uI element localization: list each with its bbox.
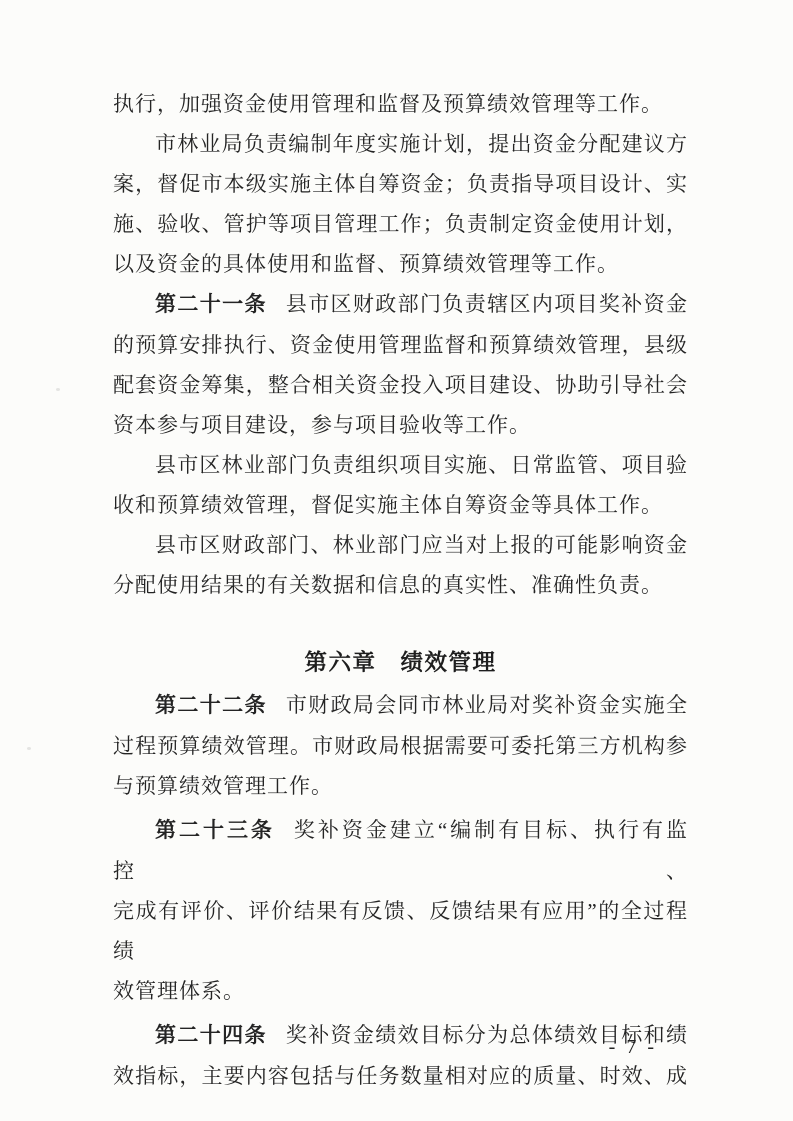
article-22-number: 第二十二条	[155, 694, 267, 717]
body-line: 效管理体系。	[113, 971, 688, 1011]
body-line: 市林业局负责编制年度实施计划，提出资金分配建议方	[113, 124, 688, 164]
body-line: 县市区财政部门、林业部门应当对上报的可能影响资金	[113, 525, 688, 565]
article-23-first-line: 第二十三条奖补资金建立“编制有目标、执行有监控、	[113, 810, 688, 891]
body-line: 县市区林业部门负责组织项目实施、日常监管、项目验	[113, 445, 688, 485]
page-number: - 7 -	[609, 1034, 657, 1060]
body-line: 执行，加强资金使用管理和监督及预算绩效管理等工作。	[113, 84, 688, 124]
article-24-first-line: 第二十四条奖补资金绩效目标分为总体绩效目标和绩	[113, 1015, 688, 1056]
body-line: 过程预算绩效管理。市财政局根据需要可委托第三方机构参	[113, 726, 688, 766]
body-line: 县市区财政部门负责辖区内项目奖补资金	[286, 292, 688, 316]
chapter-heading: 第六章 绩效管理	[113, 643, 688, 683]
body-line: 完成有评价、评价结果有反馈、反馈结果有应用”的全过程绩	[113, 891, 688, 971]
body-line: 分配使用结果的有关数据和信息的真实性、准确性负责。	[113, 565, 688, 605]
body-line: 效指标，主要内容包括与任务数量相对应的质量、时效、成	[113, 1056, 688, 1096]
article-22-first-line: 第二十二条市财政局会同市林业局对奖补资金实施全	[113, 685, 688, 726]
scan-artifact	[27, 747, 31, 750]
body-line: 市财政局会同市林业局对奖补资金实施全	[286, 693, 688, 717]
body-line: 案，督促市本级实施主体自筹资金；负责指导项目设计、实	[113, 164, 688, 204]
article-23-number: 第二十三条	[155, 819, 275, 842]
article-21-number: 第二十一条	[155, 293, 267, 316]
body-line: 施、验收、管护等项目管理工作；负责制定资金使用计划，	[113, 204, 688, 244]
body-line: 以及资金的具体使用和监督、预算绩效管理等工作。	[113, 244, 688, 284]
body-line: 的预算安排执行、资金使用管理监督和预算绩效管理，县级	[113, 325, 688, 365]
scan-artifact	[56, 388, 60, 391]
body-line: 资本参与项目建设，参与项目验收等工作。	[113, 405, 688, 445]
article-21-first-line: 第二十一条县市区财政部门负责辖区内项目奖补资金	[113, 284, 688, 325]
article-24-number: 第二十四条	[155, 1024, 267, 1047]
document-page: 执行，加强资金使用管理和监督及预算绩效管理等工作。 市林业局负责编制年度实施计划…	[0, 0, 793, 1121]
document-text: 执行，加强资金使用管理和监督及预算绩效管理等工作。 市林业局负责编制年度实施计划…	[113, 84, 688, 1096]
body-line: 配套资金筹集，整合相关资金投入项目建设、协助引导社会	[113, 365, 688, 405]
body-line: 与预算绩效管理工作。	[113, 766, 688, 806]
body-line: 收和预算绩效管理，督促实施主体自筹资金等具体工作。	[113, 485, 688, 525]
